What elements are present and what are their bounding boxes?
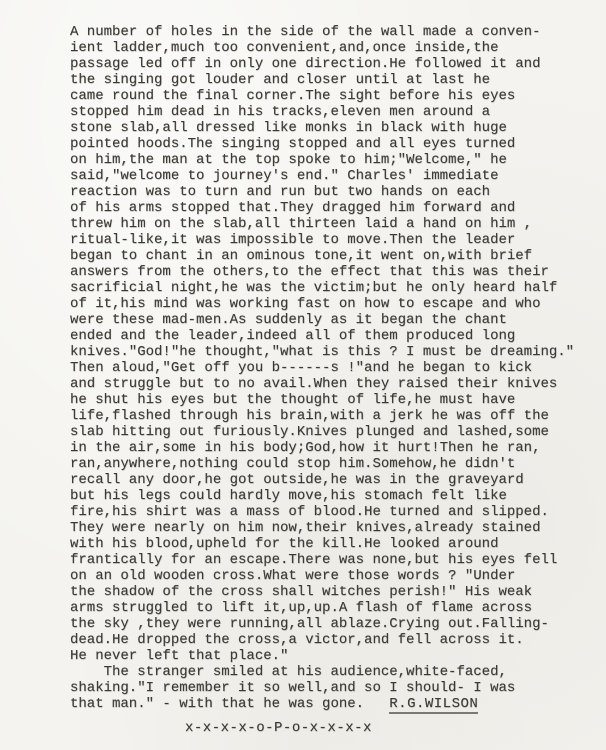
text-line: the shadow of the cross shall witches pe… — [70, 584, 606, 600]
text-line: He never left that place." — [70, 648, 606, 664]
text-line: ient ladder,much too convenient,and,once… — [70, 40, 606, 56]
text-line: arms struggled to lift it,up,up.A flash … — [70, 600, 606, 616]
text-line: dead.He dropped the cross,a victor,and f… — [70, 632, 606, 648]
text-line: life,flashed through his brain,with a je… — [70, 408, 606, 424]
closing-line: that man." - with that he was gone. R.G.… — [70, 696, 606, 712]
text-line: The stranger smiled at his audience,whit… — [70, 664, 606, 680]
text-line: Then aloud,"Get off you b------s !"and h… — [70, 360, 606, 376]
text-line: knives."God!"he thought,"what is this ? … — [70, 344, 606, 360]
author-signature: R.G.WILSON — [389, 696, 478, 714]
text-line: passage led off in only one direction.He… — [70, 56, 606, 72]
text-line: the sky ,they were running,all ablaze.Cr… — [70, 616, 606, 632]
text-line: They were nearly on him now,their knives… — [70, 520, 606, 536]
text-line: frantically for an escape.There was none… — [70, 552, 606, 568]
text-line: came round the final corner.The sight be… — [70, 88, 606, 104]
text-line: pointed hoods.The singing stopped and al… — [70, 136, 606, 152]
text-line: with his blood,upheld for the kill.He lo… — [70, 536, 606, 552]
text-line: answers from the others,to the effect th… — [70, 264, 606, 280]
text-line: shaking."I remember it so well,and so I … — [70, 680, 606, 696]
story-text-block: A number of holes in the side of the wal… — [70, 24, 606, 696]
text-line: were these mad-men.As suddenly as it beg… — [70, 312, 606, 328]
text-line: ended and the leader,indeed all of them … — [70, 328, 606, 344]
typewritten-page: A number of holes in the side of the wal… — [0, 0, 606, 750]
text-line: of it,his mind was working fast on how t… — [70, 296, 606, 312]
text-line: he shut his eyes but the thought of life… — [70, 392, 606, 408]
text-line: stone slab,all dressed like monks in bla… — [70, 120, 606, 136]
closing-text: that man." - with that he was gone. — [70, 696, 389, 712]
text-line: slab hitting out furiously.Knives plunge… — [70, 424, 606, 440]
text-line: of his arms stopped that.They dragged hi… — [70, 200, 606, 216]
text-line: fire,his shirt was a mass of blood.He tu… — [70, 504, 606, 520]
text-line: threw him on the slab,all thirteen laid … — [70, 216, 606, 232]
text-line: in the air,some in his body;God,how it h… — [70, 440, 606, 456]
text-line: began to chant in an ominous tone,it wen… — [70, 248, 606, 264]
text-line: but his legs could hardly move,his stoma… — [70, 488, 606, 504]
text-line: sacrificial night,he was the victim;but … — [70, 280, 606, 296]
text-line: ran,anywhere,nothing could stop him.Some… — [70, 456, 606, 472]
text-line: on an old wooden cross.What were those w… — [70, 568, 606, 584]
text-line: on him,the man at the top spoke to him;"… — [70, 152, 606, 168]
text-line: recall any door,he got outside,he was in… — [70, 472, 606, 488]
text-line: reaction was to turn and run but two han… — [70, 184, 606, 200]
text-line: and struggle but to no avail.When they r… — [70, 376, 606, 392]
text-line: A number of holes in the side of the wal… — [70, 24, 606, 40]
text-line: said,"welcome to journey's end." Charles… — [70, 168, 606, 184]
text-line: ritual-like,it was impossible to move.Th… — [70, 232, 606, 248]
end-marker: x-x-x-x-o-P-o-x-x-x-x — [70, 720, 606, 736]
text-line: the singing got louder and closer until … — [70, 72, 606, 88]
text-line: stopped him dead in his tracks,eleven me… — [70, 104, 606, 120]
